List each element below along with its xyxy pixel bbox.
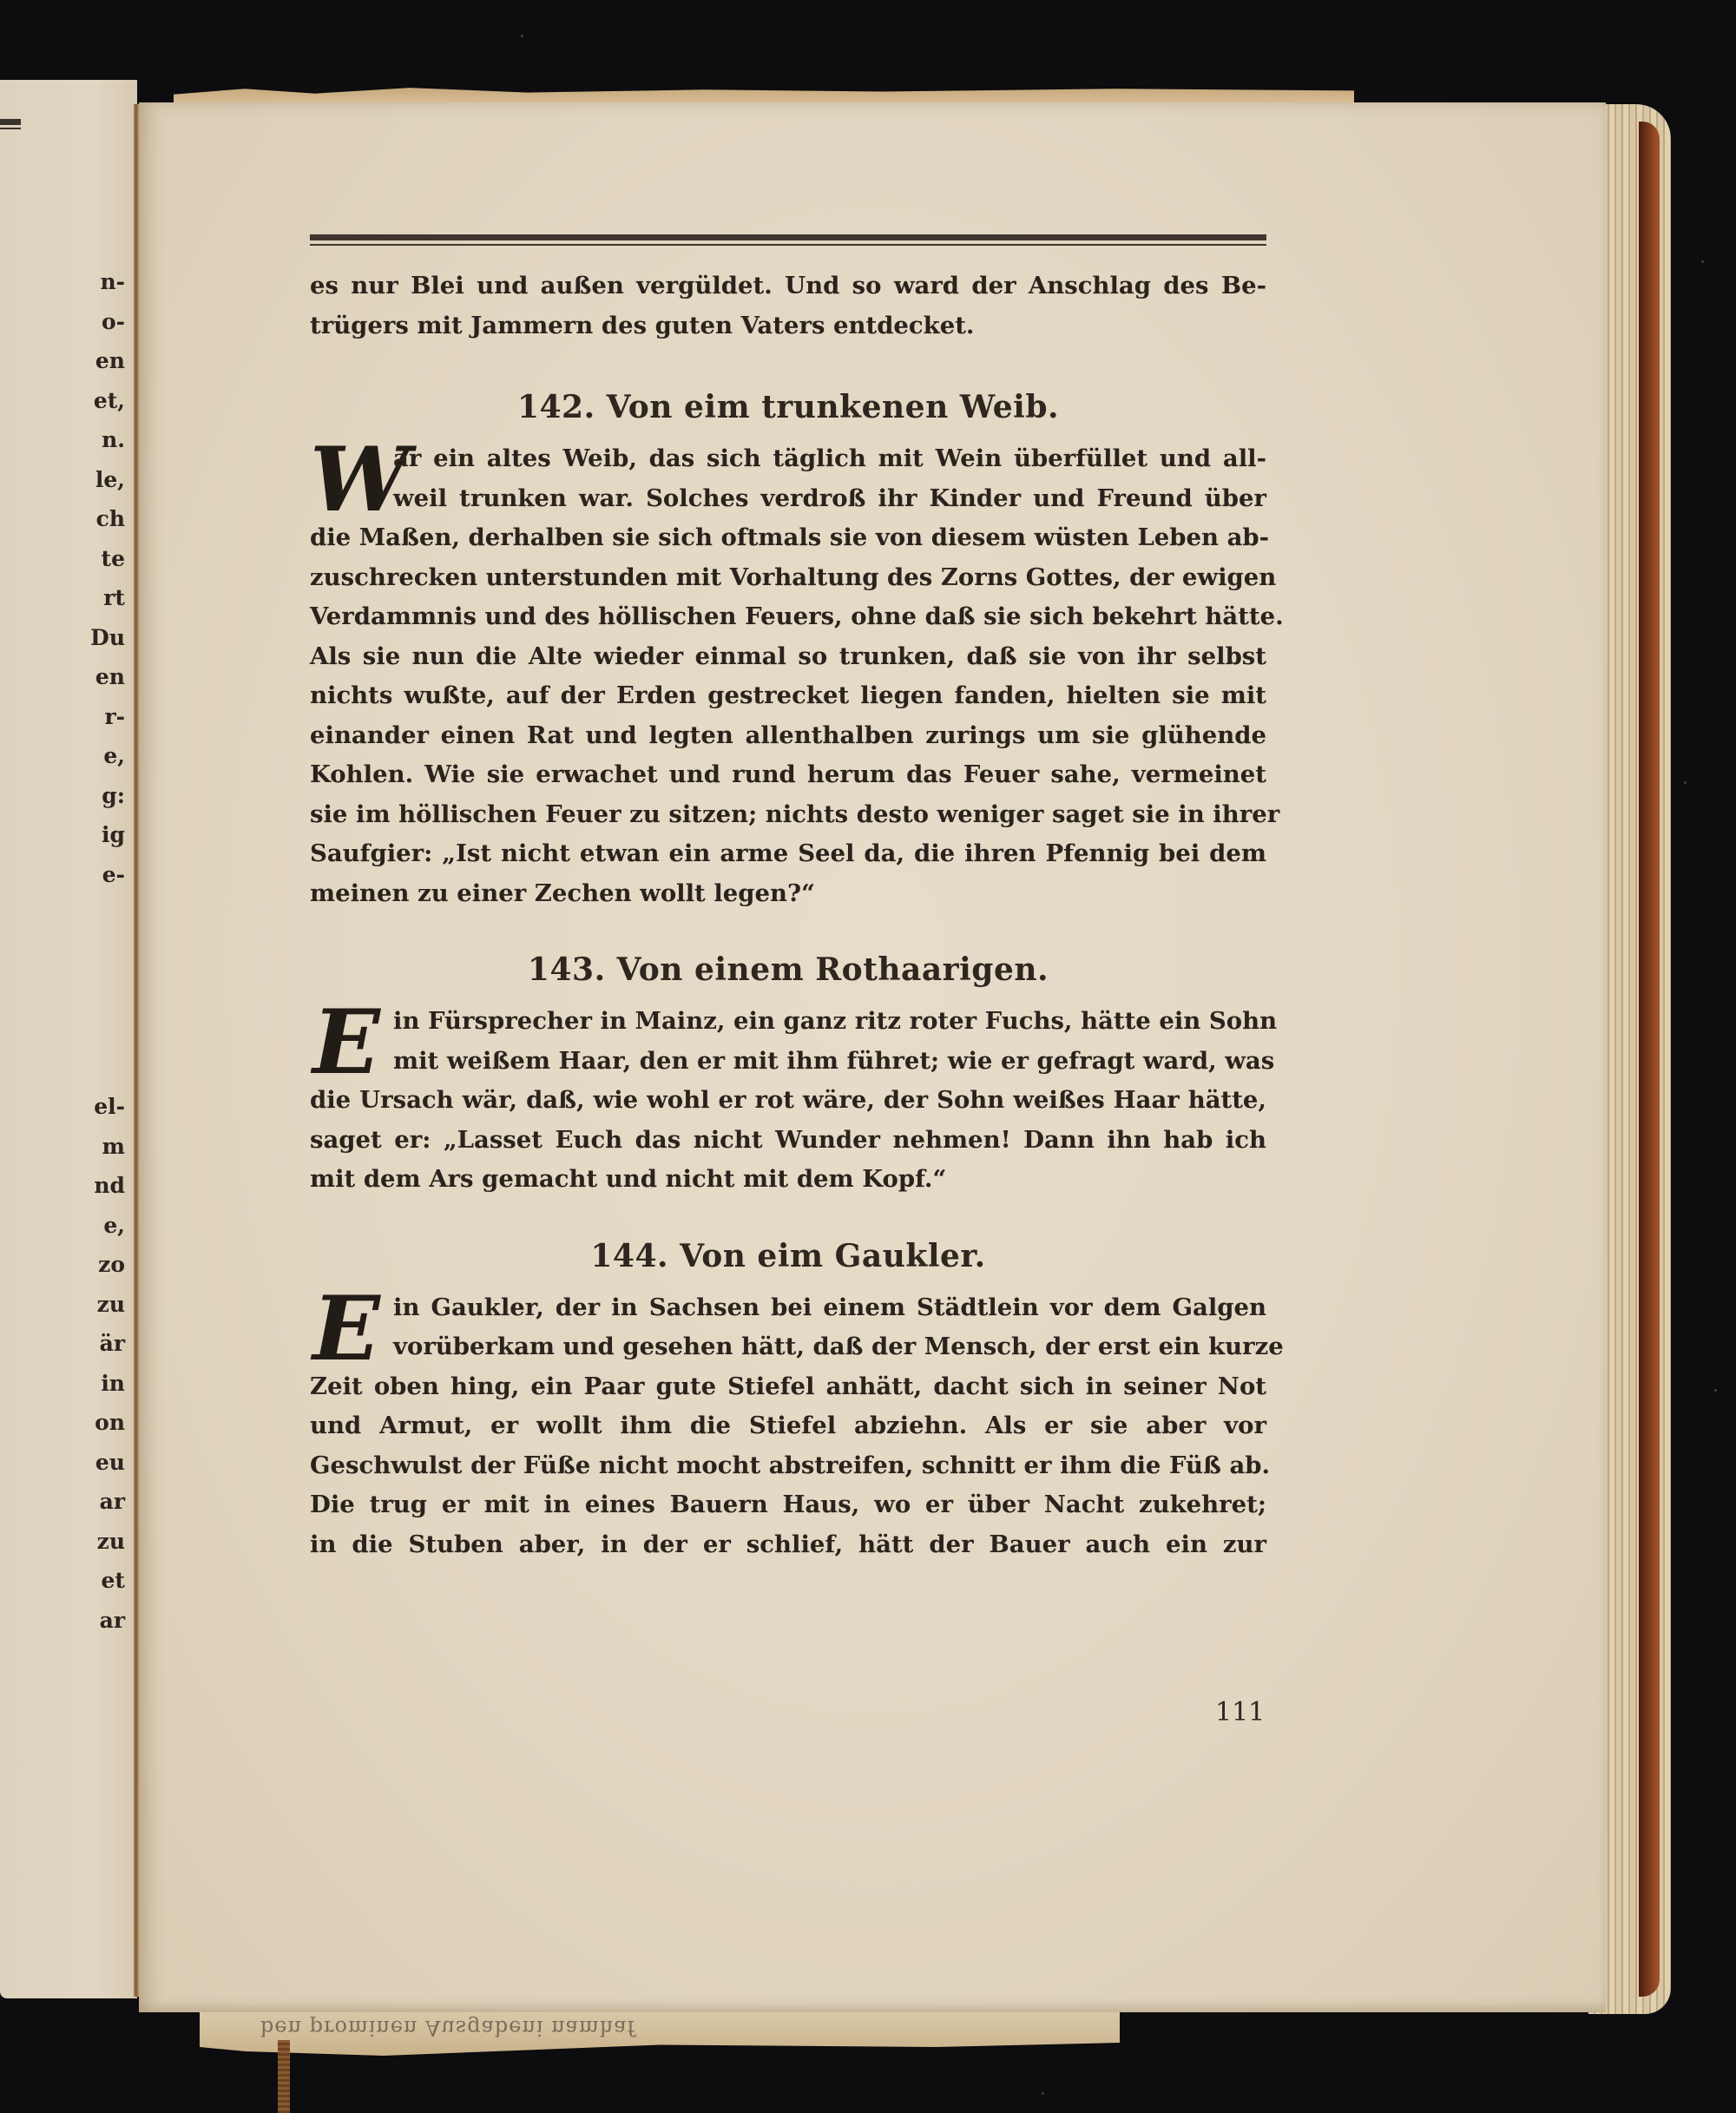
dropcap-e: E (310, 1292, 383, 1366)
left-page-text-fragment: n. (102, 429, 125, 451)
text-line: in Gaukler, der in Sachsen bei einem Stä… (310, 1288, 1266, 1328)
text-line: Als sie nun die Alte wieder einmal so tr… (310, 637, 1266, 677)
left-page-text-fragment: ch (96, 508, 125, 530)
text-line: Saufgier: „Ist nicht etwan ein arme Seel… (310, 834, 1266, 874)
left-page-text-fragment: ar (100, 1491, 125, 1512)
leather-cover-edge (1639, 122, 1660, 1997)
story-heading-143: 143. Von einem Rothaarigen. (310, 951, 1266, 988)
header-rule-thick (310, 234, 1266, 240)
left-page-text-fragment: le, (95, 469, 125, 490)
left-page-head-rule-thin (0, 128, 21, 129)
page-number: 111 (1215, 1697, 1265, 1728)
text-line: in die Stuben aber, in der er schlief, h… (310, 1525, 1266, 1565)
left-page-text-fragment: et, (94, 390, 125, 411)
left-page-text-fragment: r- (104, 706, 125, 727)
bottom-strip-text: ben prominen Ausgabeni namhaf (260, 2016, 635, 2040)
left-page-text-fragment: zu (97, 1530, 125, 1552)
story-142-paragraph: W ar ein altes Weib, das sich täglich mi… (310, 439, 1266, 913)
text-line: Die trug er mit in eines Bauern Haus, wo… (310, 1485, 1266, 1525)
dropcap-e: E (310, 1005, 383, 1080)
text-line: ar ein altes Weib, das sich täglich mit … (310, 439, 1266, 479)
left-page-text-fragment: zo (98, 1254, 125, 1275)
left-page-text-fragment: g: (102, 785, 125, 806)
header-rule-thin (310, 244, 1266, 246)
text-line: zuschrecken unterstunden mit Vorhaltung … (310, 558, 1266, 598)
left-page-text-fragment: in (101, 1372, 125, 1394)
text-line: vorüberkam und gesehen hätt, daß der Men… (310, 1327, 1266, 1367)
background-speck (1701, 260, 1704, 263)
text-line: in Fürsprecher in Mainz, ein ganz ritz r… (310, 1002, 1266, 1042)
text-line: weil trunken war. Solches verdroß ihr Ki… (310, 479, 1266, 519)
continuation-paragraph: es nur Blei und außen vergüldet. Und so … (310, 267, 1266, 346)
text-line: mit weißem Haar, den er mit ihm führet; … (310, 1042, 1266, 1082)
story-heading-142: 142. Von eim trunkenen Weib. (310, 389, 1266, 425)
background-speck (1042, 2092, 1044, 2095)
background-speck (1714, 1389, 1717, 1392)
text-line: trügers mit Jammern des guten Vaters ent… (310, 306, 1266, 346)
left-page-text-fragment: ig (102, 824, 125, 846)
page-text-block: es nur Blei und außen vergüldet. Und so … (310, 234, 1266, 1564)
text-line: Zeit oben hing, ein Paar gute Stiefel an… (310, 1367, 1266, 1407)
text-line: sie im höllischen Feuer zu sitzen; nicht… (310, 795, 1266, 835)
left-page-text-fragment: Du (90, 627, 125, 648)
left-page-text-fragment: zu (97, 1293, 125, 1315)
left-page-text-fragment: n- (100, 271, 125, 293)
left-page-text-fragment: nd (94, 1175, 125, 1196)
story-143-paragraph: E in Fürsprecher in Mainz, ein ganz ritz… (310, 1002, 1266, 1200)
left-page-text-fragment: en (95, 350, 125, 372)
left-page-text-fragment: m (102, 1135, 125, 1157)
dropcap-w: W (310, 443, 383, 517)
left-page-text-fragment: el- (94, 1096, 125, 1117)
left-page-text-fragment: e- (102, 864, 125, 885)
left-page-text-fragment: rt (103, 587, 125, 609)
ribbon-bookmark (278, 2040, 290, 2113)
left-page-text-fragment: ar (100, 1609, 125, 1631)
text-line: meinen zu einer Zechen wollt legen?“ (310, 874, 1266, 914)
text-line: die Maßen, derhalben sie sich oftmals si… (310, 518, 1266, 558)
left-page-text-fragment: te (102, 548, 125, 569)
text-line: Kohlen. Wie sie erwachet und rund herum … (310, 755, 1266, 795)
story-144-paragraph: E in Gaukler, der in Sachsen bei einem S… (310, 1288, 1266, 1565)
text-line: Verdammnis und des höllischen Feuers, oh… (310, 597, 1266, 637)
left-page-text-fragment: e, (103, 1214, 125, 1236)
left-page-text-fragment: är (100, 1333, 125, 1354)
story-heading-144: 144. Von eim Gaukler. (310, 1238, 1266, 1274)
left-page-text-fragment: e, (103, 745, 125, 767)
text-line: nichts wußte, auf der Erden gestrecket l… (310, 676, 1266, 716)
text-line: und Armut, er wollt ihm die Stiefel abzi… (310, 1406, 1266, 1446)
left-page-text-fragment: en (95, 666, 125, 688)
text-line: Geschwulst der Füße nicht mocht abstreif… (310, 1446, 1266, 1486)
text-line: mit dem Ars gemacht und nicht mit dem Ko… (310, 1160, 1266, 1200)
text-line: saget er: „Lasset Euch das nicht Wunder … (310, 1121, 1266, 1161)
left-page-head-rule (0, 119, 21, 125)
left-page: n-o-enet,n.le,chtertDuenr-e,g:ige- el-mn… (0, 80, 137, 1998)
text-line: einander einen Rat und legten allenthalb… (310, 716, 1266, 756)
left-page-text-fragment: on (95, 1412, 125, 1433)
left-page-text-fragment: et (102, 1570, 125, 1591)
background-speck (1684, 781, 1687, 784)
text-line: es nur Blei und außen vergüldet. Und so … (310, 267, 1266, 306)
left-page-text-fragment: o- (102, 311, 125, 332)
text-line: die Ursach wär, daß, wie wohl er rot wär… (310, 1081, 1266, 1121)
left-page-text-fragment: eu (95, 1451, 125, 1473)
background-speck (521, 35, 523, 37)
